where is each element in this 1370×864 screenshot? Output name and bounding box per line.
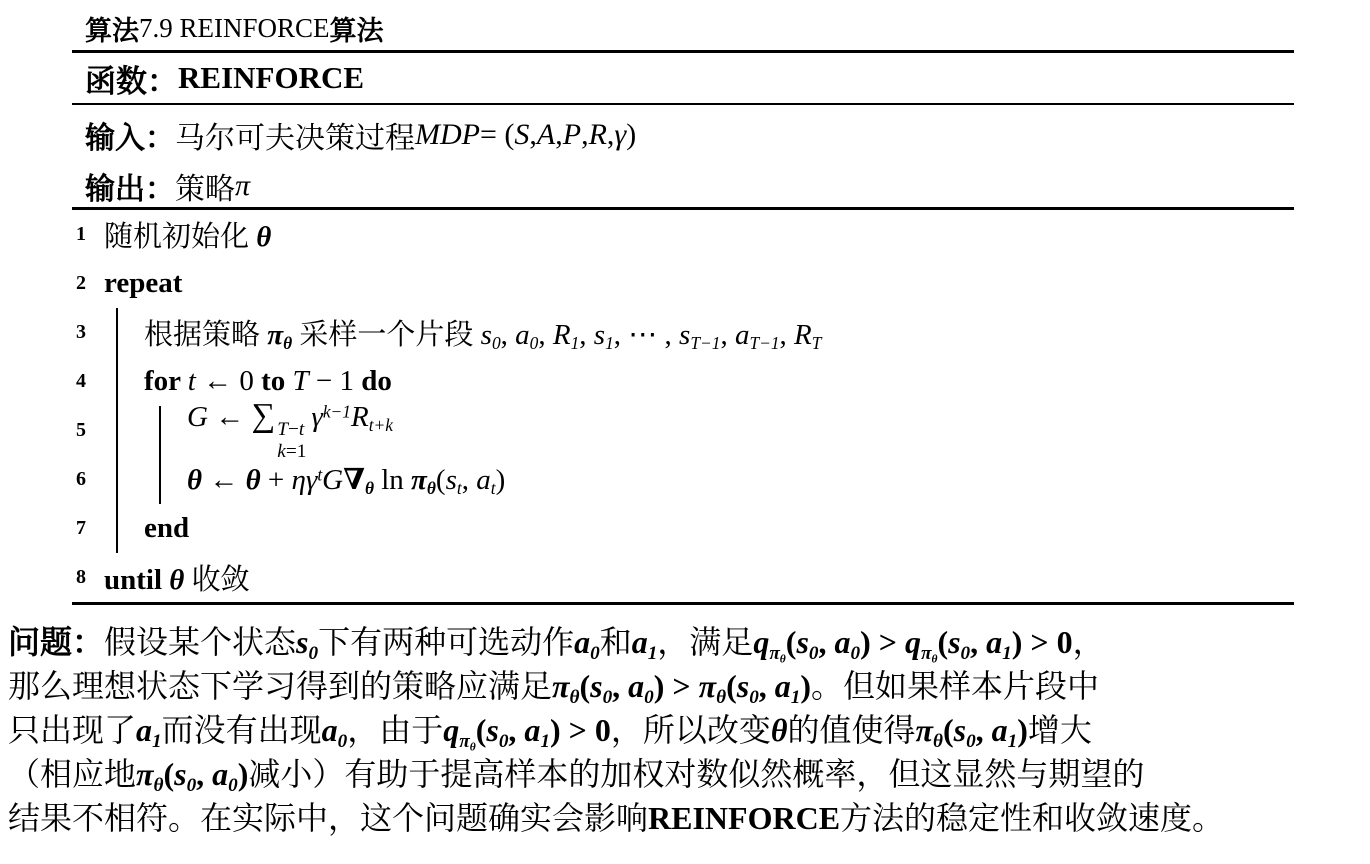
document-page: 算法 7.9 REINFORCE 算法 函数：REINFORCE 输入：马尔可夫… xyxy=(0,0,1370,864)
paragraph-line-3: 只出现了a1而没有出现a0，由于qπθ(s0, a1) > 0，所以改变θ的值使… xyxy=(8,708,1366,752)
line-number: 8 xyxy=(72,566,100,589)
indent-bar: 根据策略 πθ 采样一个片段 s0, a0, R1, s1, ⋯ , sT−1,… xyxy=(116,308,821,357)
indent-bar: θ ← θ + ηγtG∇θ ln πθ(st, at) xyxy=(159,455,505,504)
line-content: 根据策略 πθ 采样一个片段 s0, a0, R1, s1, ⋯ , sT−1,… xyxy=(144,312,821,353)
indent-bar: G ← ∑T−tk=1γk−1Rt+k xyxy=(116,406,393,455)
line-content: end xyxy=(144,512,189,545)
line-number: 3 xyxy=(72,321,100,344)
line-number: 2 xyxy=(72,272,100,295)
line-content: until θ 收敛 xyxy=(104,557,250,598)
algo-line-6: 6θ ← θ + ηγtG∇θ ln πθ(st, at) xyxy=(72,455,1294,504)
line-content: for t ← 0 to T − 1 do xyxy=(144,365,392,398)
paragraph-line-1: 问题：假设某个状态s0下有两种可选动作a0和a1，满足qπθ(s0, a0) >… xyxy=(8,620,1366,664)
indent-bar: G ← ∑T−tk=1γk−1Rt+k xyxy=(159,406,393,455)
rule-bottom xyxy=(72,602,1294,605)
line-number: 4 xyxy=(72,370,100,393)
paragraph-line-5: 结果不相符。在实际中，这个问题确实会影响REINFORCE方法的稳定性和收敛速度… xyxy=(8,796,1366,840)
algorithm-input-row: 输入：马尔可夫决策过程MDP = (S, A, P, R, γ) xyxy=(72,105,1294,165)
algorithm-function-row: 函数：REINFORCE xyxy=(72,53,1294,103)
line-number: 5 xyxy=(72,419,100,442)
algo-line-5: 5G ← ∑T−tk=1γk−1Rt+k xyxy=(72,406,1294,455)
indent-bar: end xyxy=(116,504,189,553)
line-content: G ← ∑T−tk=1γk−1Rt+k xyxy=(187,397,393,463)
indent-bar: θ ← θ + ηγtG∇θ ln πθ(st, at) xyxy=(116,455,505,504)
line-number: 1 xyxy=(72,223,100,246)
paragraph-line-2: 那么理想状态下学习得到的策略应满足πθ(s0, a0) > πθ(s0, a1)… xyxy=(8,664,1366,708)
algo-line-1: 1随机初始化 θ xyxy=(72,210,1294,259)
question-paragraph: 问题：假设某个状态s0下有两种可选动作a0和a1，满足qπθ(s0, a0) >… xyxy=(8,620,1366,840)
algorithm-box: 算法 7.9 REINFORCE 算法 函数：REINFORCE 输入：马尔可夫… xyxy=(72,6,1294,605)
line-content: θ ← θ + ηγtG∇θ ln πθ(st, at) xyxy=(187,462,505,497)
algo-line-8: 8until θ 收敛 xyxy=(72,553,1294,602)
algorithm-output-row: 输出：策略π xyxy=(72,165,1294,207)
line-number: 6 xyxy=(72,468,100,491)
line-number: 7 xyxy=(72,517,100,540)
algorithm-caption: 算法 7.9 REINFORCE 算法 xyxy=(72,6,1294,50)
paragraph-line-4: （相应地πθ(s0, a0)减小）有助于提高样本的加权对数似然概率，但这显然与期… xyxy=(8,752,1366,796)
algo-line-3: 3根据策略 πθ 采样一个片段 s0, a0, R1, s1, ⋯ , sT−1… xyxy=(72,308,1294,357)
algorithm-body: 1随机初始化 θ2repeat3根据策略 πθ 采样一个片段 s0, a0, R… xyxy=(72,210,1294,602)
line-content: repeat xyxy=(104,267,182,300)
algo-line-7: 7end xyxy=(72,504,1294,553)
algo-line-2: 2repeat xyxy=(72,259,1294,308)
line-content: 随机初始化 θ xyxy=(104,214,271,255)
